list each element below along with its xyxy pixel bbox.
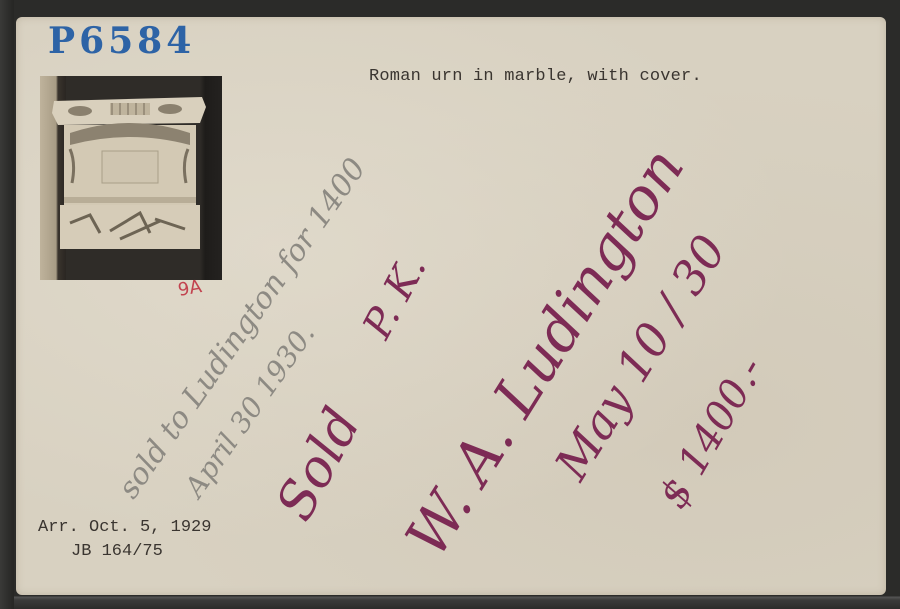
- arrival-info: Arr. Oct. 5, 1929 JB 164/75: [38, 516, 211, 564]
- arrival-date: Arr. Oct. 5, 1929: [38, 518, 211, 537]
- accession-number: P6584: [48, 20, 195, 62]
- photo-mark: 9A: [176, 276, 203, 301]
- object-photo: [40, 76, 222, 280]
- object-description: Roman urn in marble, with cover.: [369, 67, 702, 86]
- reference-number: JB 164/75: [38, 540, 211, 564]
- marble-urn-image: [50, 93, 208, 253]
